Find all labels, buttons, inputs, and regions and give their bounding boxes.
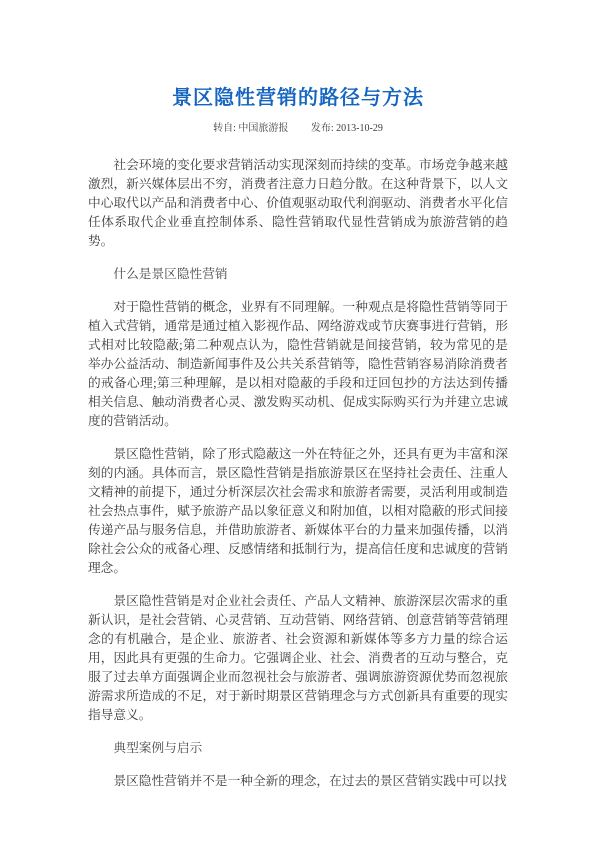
byline: 转自: 中国旅游报 发布: 2013-10-29 <box>88 122 508 136</box>
section-heading-typical-cases: 典型案例与启示 <box>88 739 508 758</box>
paragraph-connotation-definition: 景区隐性营销，除了形式隐蔽这一外在特征之外，还具有更为丰富和深刻的内涵。具体而言… <box>88 445 508 578</box>
section-heading-what-is-implicit-marketing: 什么是景区隐性营销 <box>88 265 508 284</box>
byline-publish-date: 发布: 2013-10-29 <box>311 123 383 134</box>
byline-source: 转自: 中国旅游报 <box>213 123 288 134</box>
document-page: 景区隐性营销的路径与方法 转自: 中国旅游报 发布: 2013-10-29 社会… <box>0 0 595 842</box>
paragraph-concept-interpretations: 对于隐性营销的概念，业界有不同理解。一种观点是将隐性营销等同于植入式营销，通常是… <box>88 298 508 431</box>
article-body: 社会环境的变化要求营销活动实现深刻而持续的变革。市场竞争越来越激烈，新兴媒体层出… <box>88 156 508 791</box>
paragraph-significance: 景区隐性营销是对企业社会责任、产品人文精神、旅游深层次需求的重新认识，是社会营销… <box>88 592 508 725</box>
paragraph-cases-intro: 景区隐性营销并不是一种全新的理念，在过去的景区营销实践中可以找 <box>88 772 508 791</box>
paragraph-intro: 社会环境的变化要求营销活动实现深刻而持续的变革。市场竞争越来越激烈，新兴媒体层出… <box>88 156 508 251</box>
article-title: 景区隐性营销的路径与方法 <box>88 86 508 111</box>
